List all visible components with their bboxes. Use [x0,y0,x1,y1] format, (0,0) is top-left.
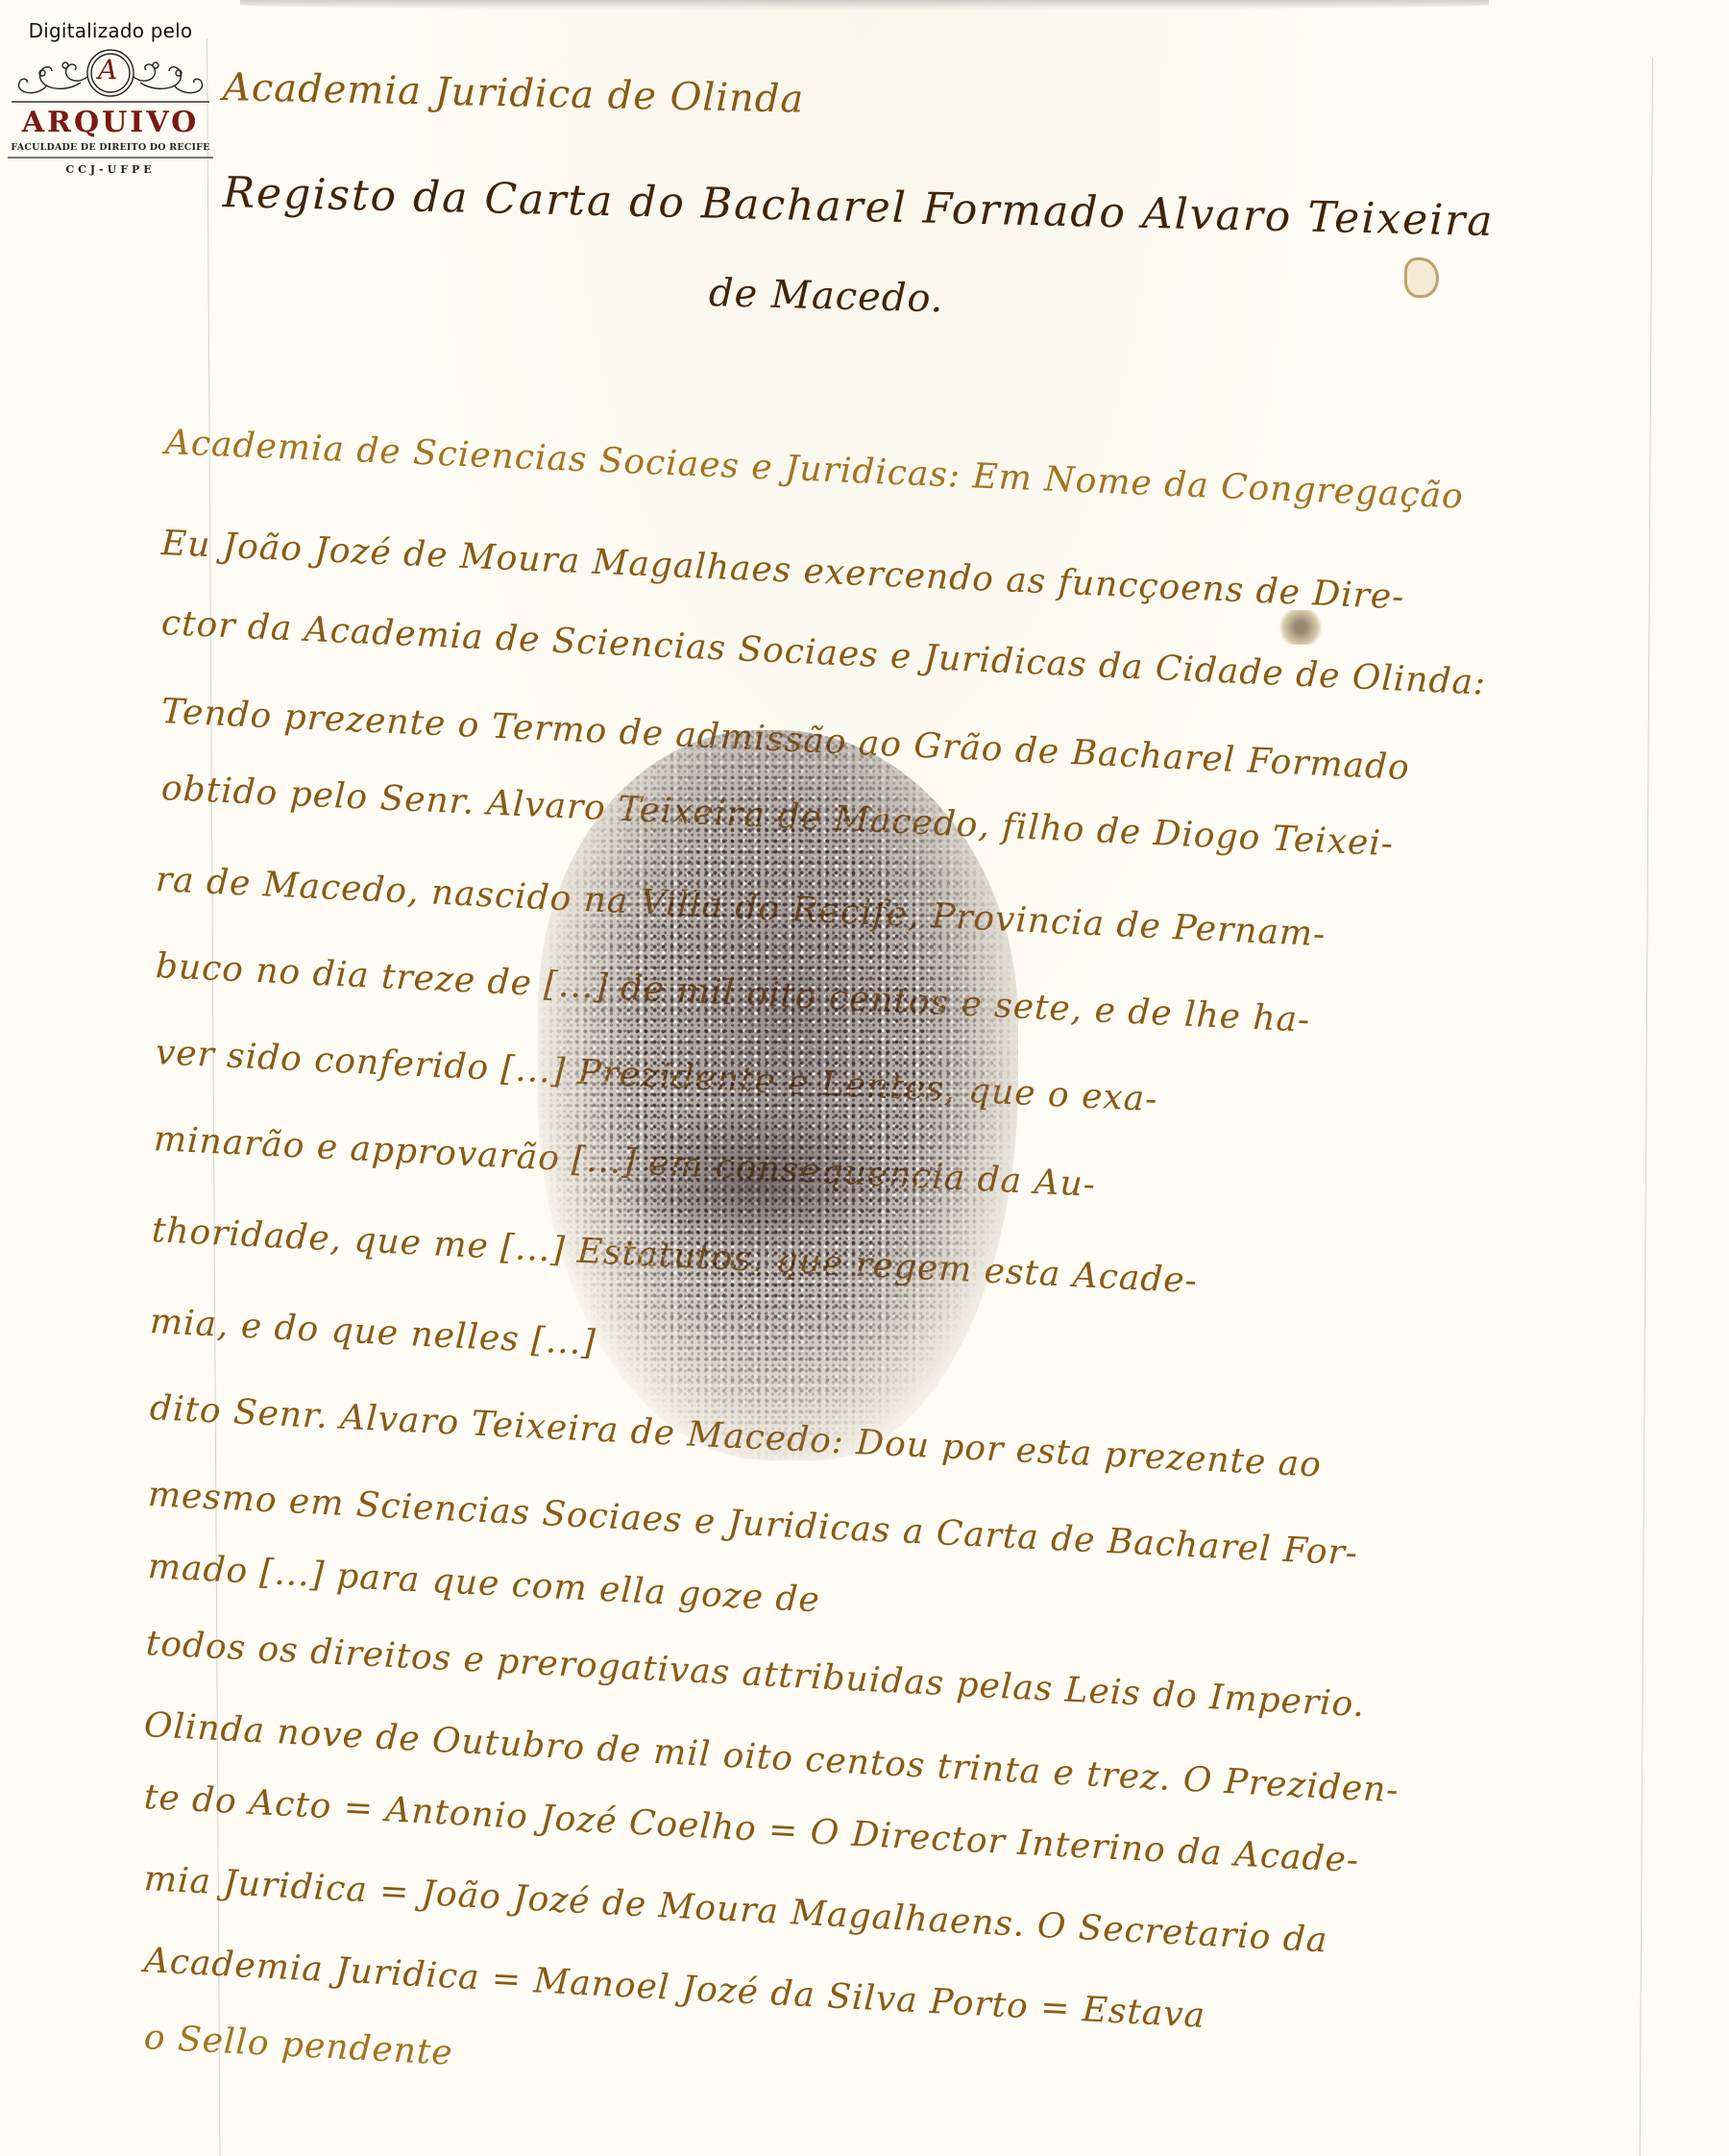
ink-smudge-mark [1278,610,1324,645]
scan-edge-shadow [240,0,1489,10]
document-title-line-2: de Macedo. [708,271,944,321]
body-line: Eu João Jozé de Moura Magalhaes exercend… [160,524,1405,617]
left-margin-rule [207,38,220,2156]
body-line: mia, e do que nelles [...] [149,1302,597,1363]
logo-caption: Digitalizado pelo [8,19,213,42]
body-line: mado [...] para que com ella goze de [147,1547,821,1620]
body-line: o Sello pendente [143,2018,454,2073]
archive-logo: Digitalizado pelo A ARQUIVO [8,19,213,176]
logo-name: ARQUIVO [8,108,213,138]
logo-emblem-icon: A [8,44,213,104]
mould-stain [538,730,1018,1460]
scanned-document-page: Digitalizado pelo A ARQUIVO [0,0,1729,2156]
body-line: Academia Juridica = Manoel Jozé da Silva… [143,1941,1206,2036]
ink-blot-mark [1404,257,1439,298]
mould-stain-core [615,1105,903,1259]
logo-institution: FACULDADE DE DIREITO DO RECIFE [8,142,213,159]
document-heading: Academia Juridica de Olinda [223,65,805,122]
body-line: todos os direitos e prerogativas attribu… [145,1624,1366,1725]
body-line: mia Juridica = João Jozé de Moura Magalh… [143,1859,1328,1961]
document-title-line-1: Registo da Carta do Bacharel Formado Alv… [222,168,1495,246]
logo-monogram: A [98,54,117,86]
body-line: Academia de Sciencias Sociaes e Juridica… [164,423,1464,517]
logo-unit: CCJ-UFPE [8,163,213,176]
right-margin-rule [1640,58,1653,2156]
